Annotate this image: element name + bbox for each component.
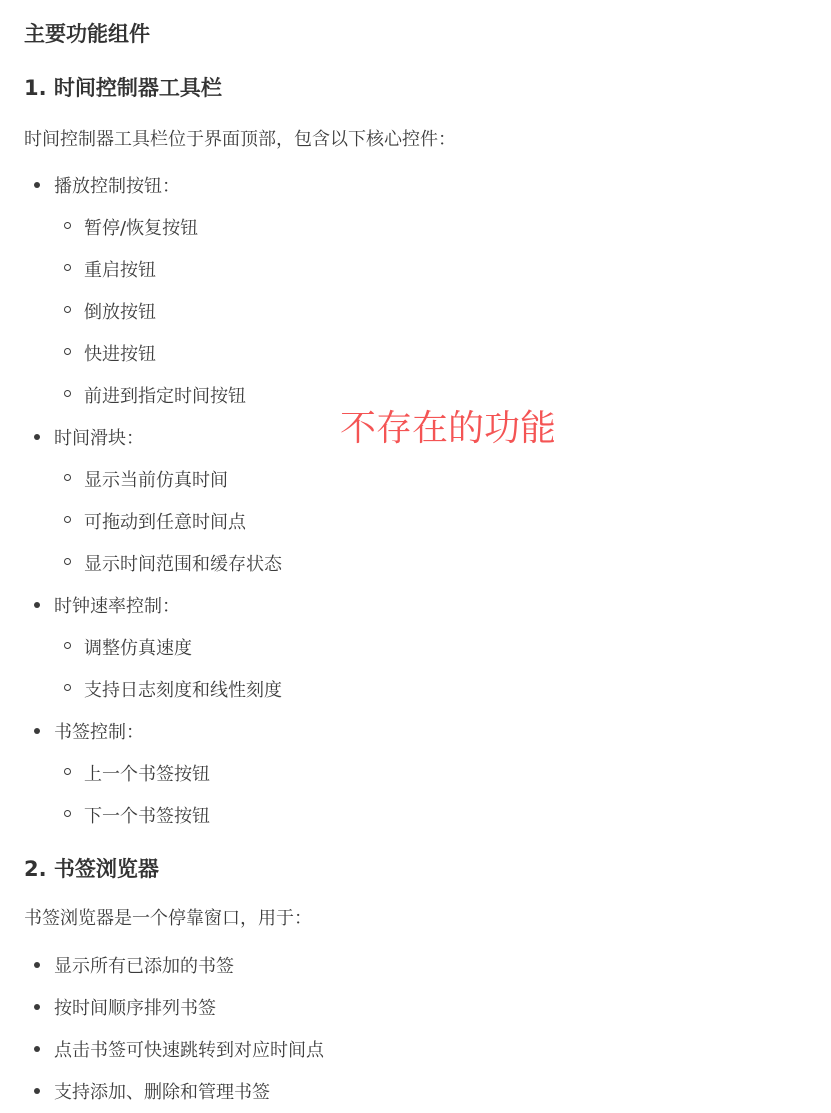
circle-bullet-icon [64, 642, 71, 649]
sub-list-item: 支持日志刻度和线性刻度 [84, 676, 282, 702]
circle-bullet-icon [64, 474, 71, 481]
section-intro-1: 时间控制器工具栏位于界面顶部，包含以下核心控件： [24, 125, 456, 151]
bullet-icon [34, 1088, 40, 1094]
circle-bullet-icon [64, 558, 71, 565]
list-item: 时间滑块： [54, 424, 144, 450]
sub-list-item: 下一个书签按钮 [84, 802, 210, 828]
section-heading-2: 2. 书签浏览器 [24, 853, 159, 883]
sub-list-item: 可拖动到任意时间点 [84, 508, 246, 534]
list-item: 时钟速率控制： [54, 592, 180, 618]
circle-bullet-icon [64, 768, 71, 775]
circle-bullet-icon [64, 348, 71, 355]
sub-list-item: 重启按钮 [84, 256, 156, 282]
page-title: 主要功能组件 [24, 18, 150, 48]
sub-list-item: 调整仿真速度 [84, 634, 192, 660]
circle-bullet-icon [64, 306, 71, 313]
sub-list-item: 倒放按钮 [84, 298, 156, 324]
list-item: 显示所有已添加的书签 [54, 952, 234, 978]
circle-bullet-icon [64, 516, 71, 523]
bullet-icon [34, 962, 40, 968]
sub-list-item: 显示时间范围和缓存状态 [84, 550, 282, 576]
bullet-icon [34, 434, 40, 440]
bullet-icon [34, 1046, 40, 1052]
list-item: 按时间顺序排列书签 [54, 994, 216, 1020]
annotation-label: 不存在的功能 [340, 400, 556, 451]
circle-bullet-icon [64, 684, 71, 691]
sub-list-item: 快进按钮 [84, 340, 156, 366]
section-intro-2: 书签浏览器是一个停靠窗口，用于： [24, 904, 312, 930]
list-item: 点击书签可快速跳转到对应时间点 [54, 1036, 324, 1062]
circle-bullet-icon [64, 222, 71, 229]
bullet-icon [34, 1004, 40, 1010]
list-item: 播放控制按钮： [54, 172, 180, 198]
circle-bullet-icon [64, 264, 71, 271]
bullet-icon [34, 182, 40, 188]
sub-list-item: 暂停/恢复按钮 [84, 214, 198, 240]
section-heading-1: 1. 时间控制器工具栏 [24, 72, 222, 102]
bullet-icon [34, 728, 40, 734]
bullet-icon [34, 602, 40, 608]
sub-list-item: 显示当前仿真时间 [84, 466, 228, 492]
sub-list-item: 前进到指定时间按钮 [84, 382, 246, 408]
circle-bullet-icon [64, 810, 71, 817]
list-item: 书签控制： [54, 718, 144, 744]
list-item: 支持添加、删除和管理书签 [54, 1078, 270, 1104]
sub-list-item: 上一个书签按钮 [84, 760, 210, 786]
circle-bullet-icon [64, 390, 71, 397]
